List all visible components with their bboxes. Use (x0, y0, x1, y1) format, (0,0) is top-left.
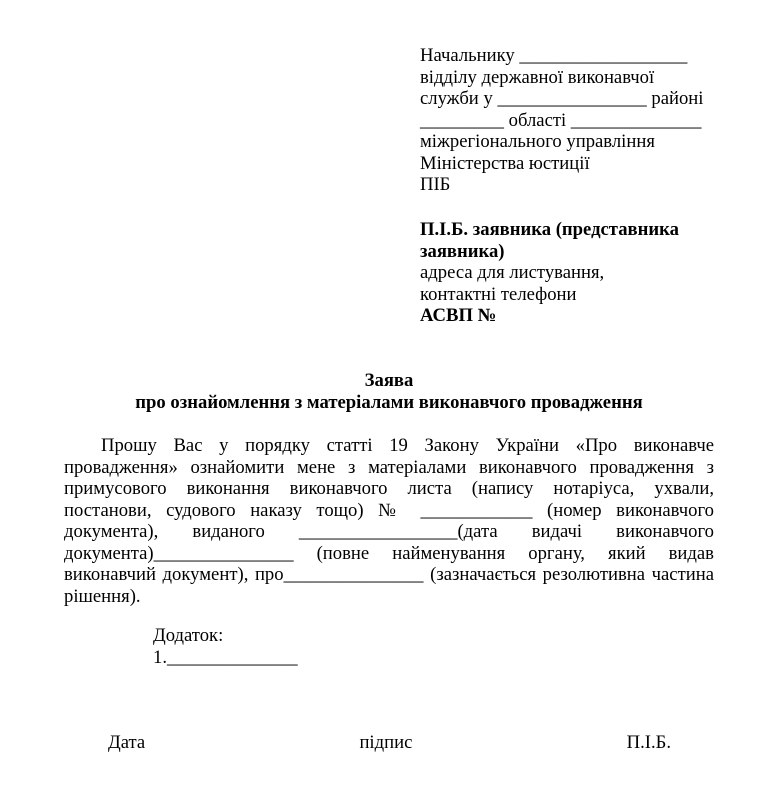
signature-row: Дата підпис П.І.Б. (64, 732, 714, 754)
applicant-name-placeholder: П.І.Б. заявника (представника заявника) (420, 219, 722, 262)
recipient-address-block: Начальнику __________________ відділу де… (420, 45, 722, 196)
signature-date-label: Дата (108, 732, 145, 754)
applicant-address-placeholder: адреса для листування, (420, 262, 722, 284)
signature-sign-label: підпис (359, 732, 412, 754)
applicant-info-block: П.І.Б. заявника (представника заявника) … (420, 219, 722, 327)
body-paragraph: Прошу Вас у порядку статті 19 Закону Укр… (64, 435, 714, 607)
attachment-list: Додаток: 1.______________ (153, 625, 298, 668)
case-number-label: АСВП № (420, 305, 722, 327)
applicant-phones-placeholder: контактні телефони (420, 284, 722, 306)
document-title: Заява про ознайомлення з матеріалами вик… (64, 370, 714, 413)
signature-name-label: П.І.Б. (627, 732, 671, 754)
document-page: Начальнику __________________ відділу де… (0, 0, 778, 800)
